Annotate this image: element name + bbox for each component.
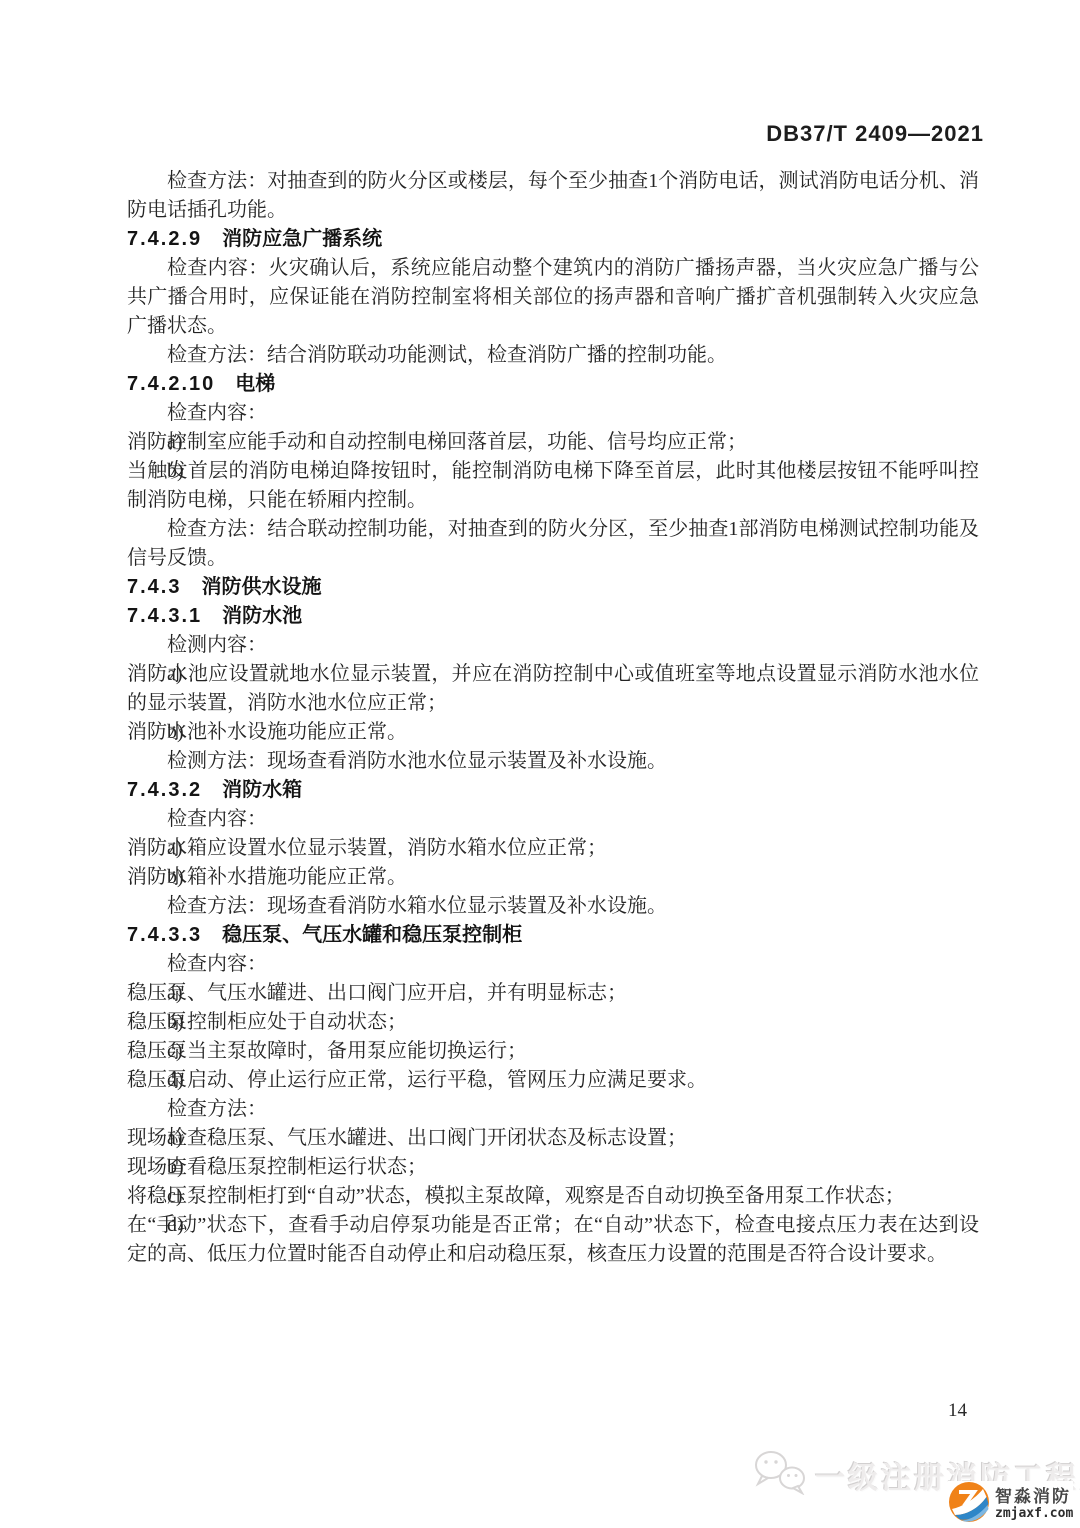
list-item-text: 现场检查稳压泵、气压水罐进、出口阀门开闭状态及标志设置； — [127, 1127, 687, 1149]
list-item: c)将稳压泵控制柜打到“自动”状态，模拟主泵故障，观察是否自动切换至备用泵工作状… — [127, 1182, 979, 1211]
section-number: 7.4.2.9 — [127, 228, 202, 250]
section-title: 消防供水设施 — [201, 576, 321, 598]
list-marker: a) — [167, 660, 183, 689]
body-paragraph: 检查内容： — [127, 805, 979, 834]
body-paragraph: 检查内容：火灾确认后，系统应能启动整个建筑内的消防广播扬声器，当火灾应急广播与公… — [127, 254, 979, 341]
list-marker: b) — [167, 1153, 184, 1182]
list-item: c)稳压泵当主泵故障时，备用泵应能切换运行； — [127, 1037, 979, 1066]
section-heading: 7.4.3消防供水设施 — [127, 573, 979, 602]
body-paragraph: 检查方法：对抽查到的防火分区或楼层，每个至少抽查1个消防电话，测试消防电话分机、… — [127, 167, 979, 225]
body-paragraph: 检查方法： — [127, 1095, 979, 1124]
body-paragraph: 检查内容： — [127, 950, 979, 979]
section-heading: 7.4.3.2消防水箱 — [127, 776, 979, 805]
body-paragraph: 检测方法：现场查看消防水池水位显示装置及补水设施。 — [127, 747, 979, 776]
wechat-icon — [752, 1449, 808, 1500]
list-item-text: 稳压泵启动、停止运行应正常，运行平稳，管网压力应满足要求。 — [127, 1069, 707, 1091]
section-title: 消防水池 — [222, 605, 302, 627]
list-marker: c) — [167, 1037, 183, 1066]
section-number: 7.4.3.1 — [127, 605, 202, 627]
list-item-text: 稳压泵、气压水罐进、出口阀门应开启，并有明显标志； — [127, 982, 627, 1004]
list-marker: d) — [167, 1211, 184, 1240]
document-body: 检查方法：对抽查到的防火分区或楼层，每个至少抽查1个消防电话，测试消防电话分机、… — [127, 167, 979, 1269]
body-paragraph: 检查方法：结合联动控制功能，对抽查到的防火分区，至少抽查1部消防电梯测试控制功能… — [127, 515, 979, 573]
section-number: 7.4.3.2 — [127, 779, 202, 801]
list-item: a)消防水箱应设置水位显示装置，消防水箱水位应正常； — [127, 834, 979, 863]
list-item: a)现场检查稳压泵、气压水罐进、出口阀门开闭状态及标志设置； — [127, 1124, 979, 1153]
section-title: 稳压泵、气压水罐和稳压泵控制柜 — [222, 924, 522, 946]
section-title: 消防应急广播系统 — [222, 228, 382, 250]
section-number: 7.4.3 — [127, 576, 181, 598]
list-marker: c) — [167, 1182, 183, 1211]
body-paragraph: 检查方法：现场查看消防水箱水位显示装置及补水设施。 — [127, 892, 979, 921]
list-item: b)现场查看稳压泵控制柜运行状态； — [127, 1153, 979, 1182]
section-number: 7.4.3.3 — [127, 924, 202, 946]
document-code: DB37/T 2409—2021 — [766, 121, 984, 147]
body-paragraph: 检查内容： — [127, 399, 979, 428]
brand-url: zmjaxf.com — [995, 1507, 1073, 1522]
list-marker: a) — [167, 1124, 183, 1153]
list-item-text: 消防控制室应能手动和自动控制电梯回落首层，功能、信号均应正常； — [127, 431, 747, 453]
brand-name: 智淼消防 — [995, 1487, 1073, 1507]
list-item: d)在“手动”状态下，查看手动启停泵功能是否正常；在“自动”状态下，检查电接点压… — [127, 1211, 979, 1269]
list-item: b)稳压泵控制柜应处于自动状态； — [127, 1008, 979, 1037]
list-item: a)消防水池应设置就地水位显示装置，并应在消防控制中心或值班室等地点设置显示消防… — [127, 660, 979, 718]
body-paragraph: 检查方法：结合消防联动功能测试，检查消防广播的控制功能。 — [127, 341, 979, 370]
list-marker: a) — [167, 834, 183, 863]
list-item-text: 将稳压泵控制柜打到“自动”状态，模拟主泵故障，观察是否自动切换至备用泵工作状态； — [127, 1185, 905, 1207]
section-title: 电梯 — [235, 373, 275, 395]
section-number: 7.4.2.10 — [127, 373, 215, 395]
list-marker: b) — [167, 718, 184, 747]
list-item: b)当触发首层的消防电梯迫降按钮时，能控制消防电梯下降至首层，此时其他楼层按钮不… — [127, 457, 979, 515]
section-heading: 7.4.2.10电梯 — [127, 370, 979, 399]
list-marker: a) — [167, 979, 183, 1008]
list-item-text: 稳压泵当主泵故障时，备用泵应能切换运行； — [127, 1040, 527, 1062]
list-item: a)消防控制室应能手动和自动控制电梯回落首层，功能、信号均应正常； — [127, 428, 979, 457]
list-marker: b) — [167, 457, 184, 486]
section-heading: 7.4.2.9消防应急广播系统 — [127, 225, 979, 254]
list-marker: b) — [167, 863, 184, 892]
document-page: DB37/T 2409—2021 检查方法：对抽查到的防火分区或楼层，每个至少抽… — [0, 0, 1080, 1528]
list-marker: a) — [167, 428, 183, 457]
zhimiao-fire-logo-icon — [948, 1481, 990, 1528]
list-item: b)消防水箱补水措施功能应正常。 — [127, 863, 979, 892]
list-item-text: 消防水箱应设置水位显示装置，消防水箱水位应正常； — [127, 837, 607, 859]
section-heading: 7.4.3.3稳压泵、气压水罐和稳压泵控制柜 — [127, 921, 979, 950]
list-marker: d) — [167, 1066, 184, 1095]
list-item-text: 当触发首层的消防电梯迫降按钮时，能控制消防电梯下降至首层，此时其他楼层按钮不能呼… — [127, 460, 979, 511]
list-item-text: 消防水池应设置就地水位显示装置，并应在消防控制中心或值班室等地点设置显示消防水池… — [127, 663, 979, 714]
list-item-text: 在“手动”状态下，查看手动启停泵功能是否正常；在“自动”状态下，检查电接点压力表… — [127, 1214, 979, 1265]
list-item: a)稳压泵、气压水罐进、出口阀门应开启，并有明显标志； — [127, 979, 979, 1008]
list-item: d)稳压泵启动、停止运行应正常，运行平稳，管网压力应满足要求。 — [127, 1066, 979, 1095]
brand-text: 智淼消防 zmjaxf.com — [995, 1487, 1073, 1521]
list-marker: b) — [167, 1008, 184, 1037]
section-title: 消防水箱 — [222, 779, 302, 801]
body-paragraph: 检测内容： — [127, 631, 979, 660]
section-heading: 7.4.3.1消防水池 — [127, 602, 979, 631]
brand-badge: 智淼消防 zmjaxf.com — [948, 1481, 1073, 1528]
list-item: b)消防水池补水设施功能应正常。 — [127, 718, 979, 747]
page-number: 14 — [948, 1400, 967, 1422]
